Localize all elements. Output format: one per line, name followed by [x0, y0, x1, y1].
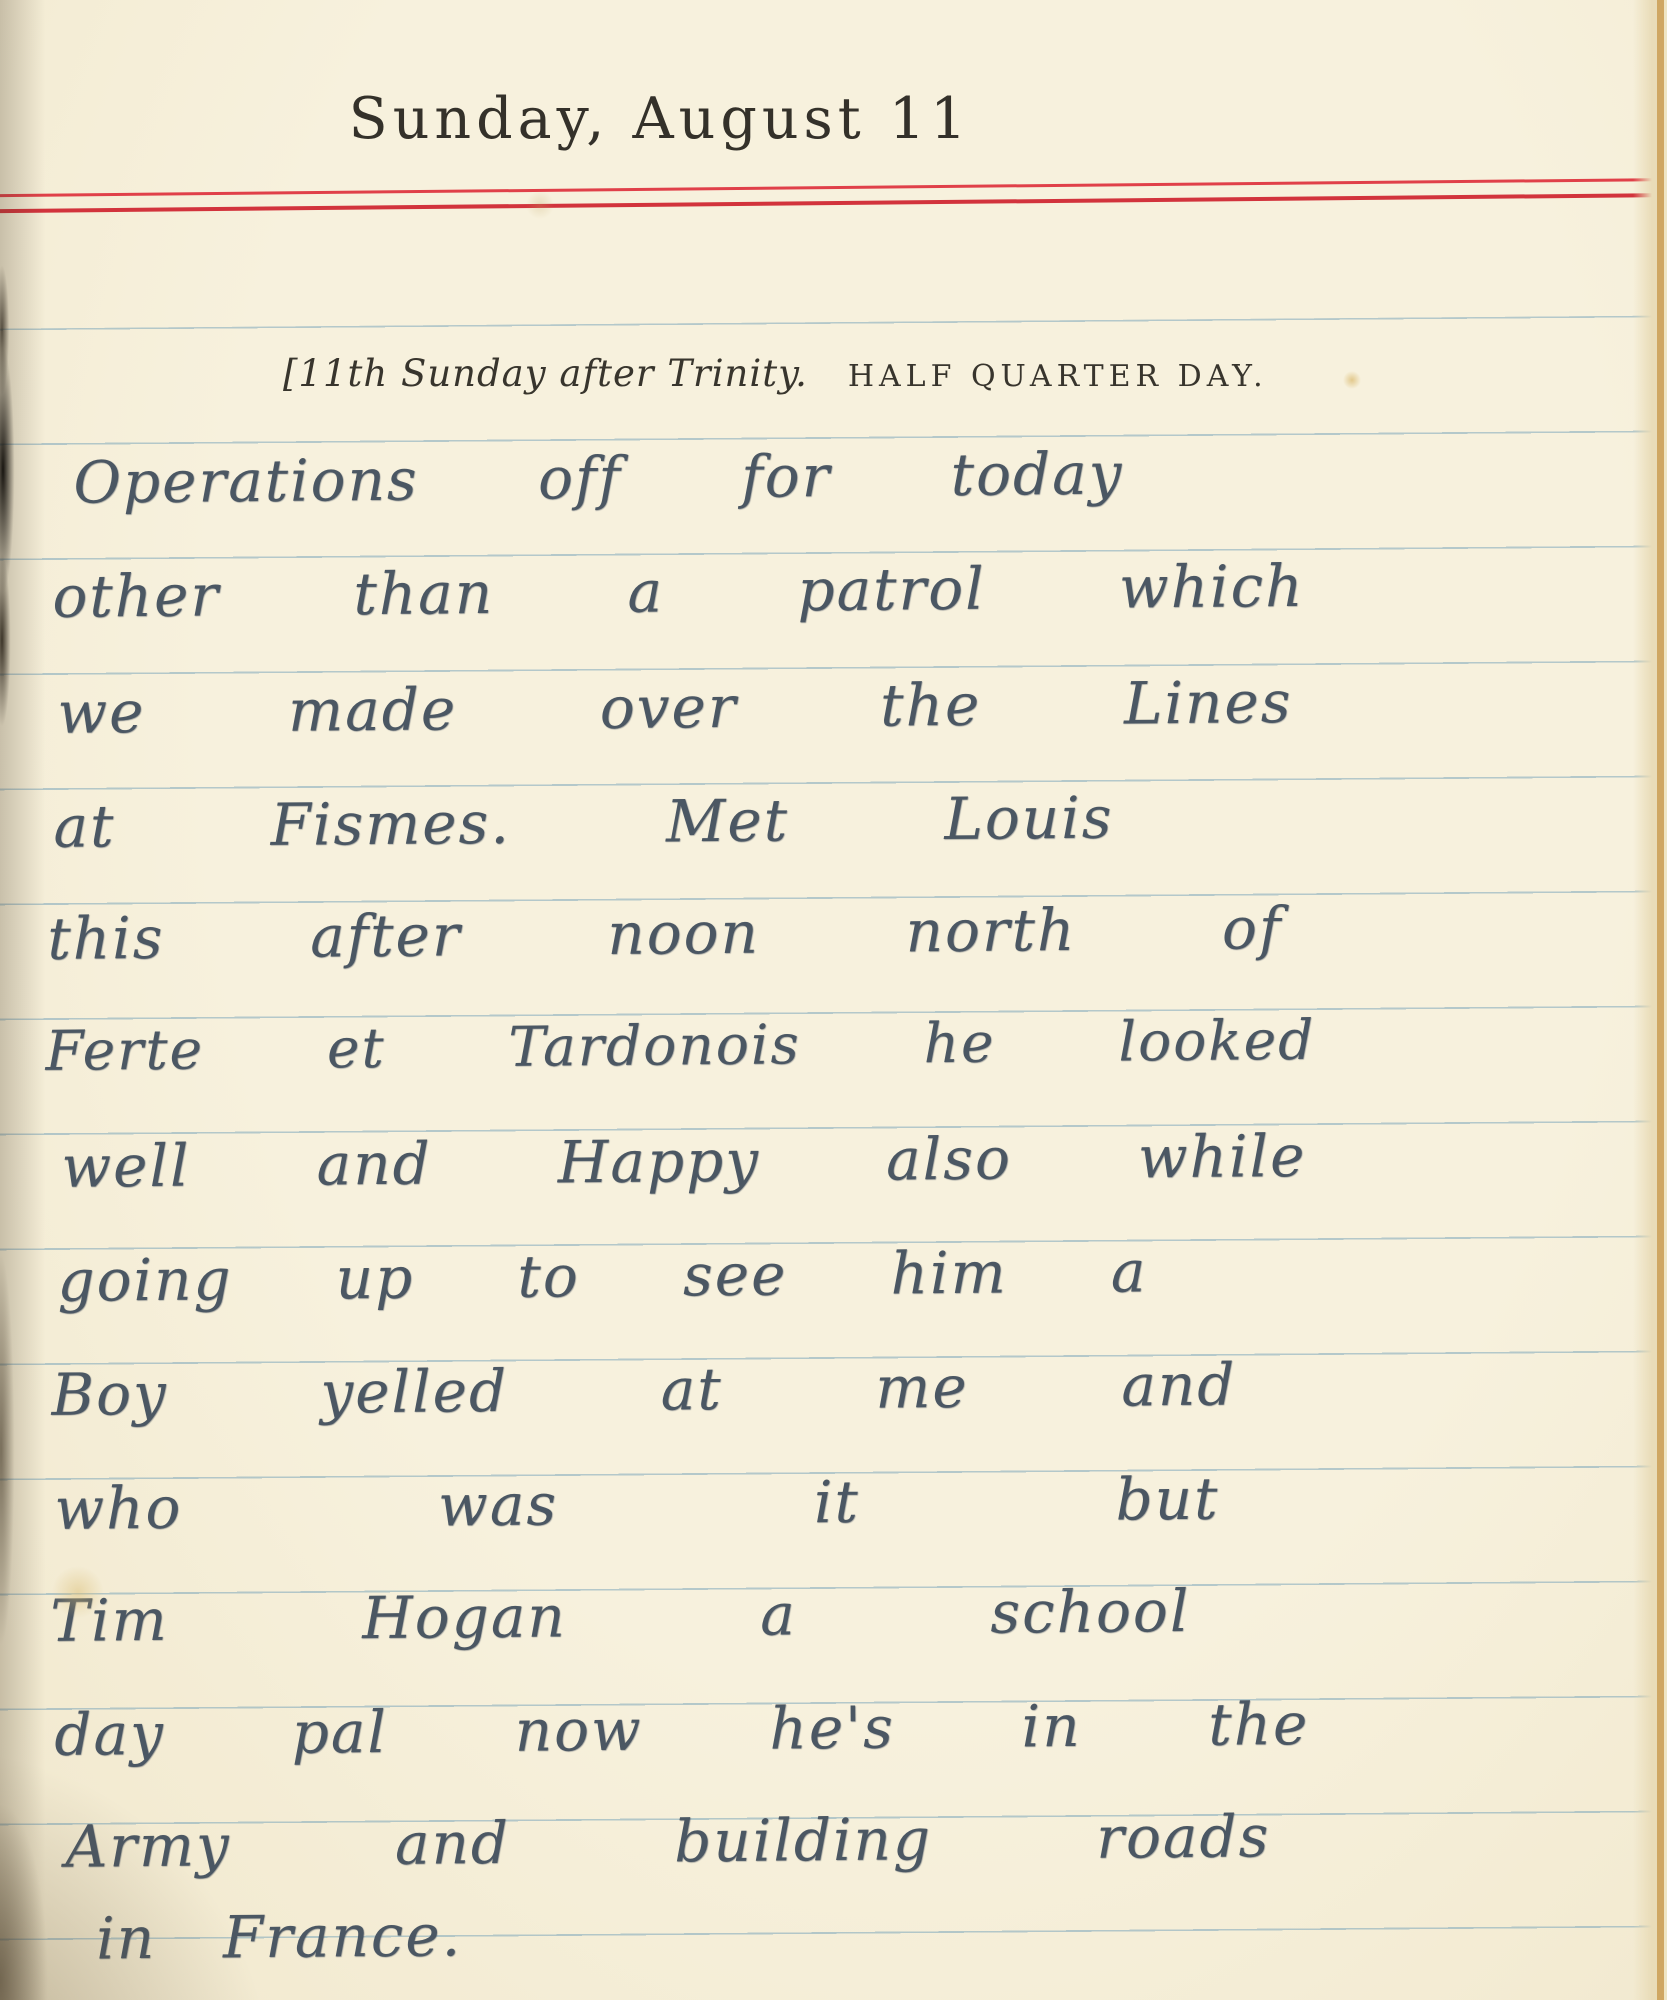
handwriting-line: who was it but: [54, 1465, 1220, 1543]
handwriting-line: Tim Hogan a school: [50, 1577, 1191, 1655]
handwriting-line: Ferte et Tardonois he looked: [45, 1008, 1316, 1083]
handwriting-line: going up to see him a: [57, 1237, 1148, 1315]
handwriting-line: we made over the Lines: [57, 668, 1293, 747]
handwritten-entry: Operations off for today other than a pa…: [0, 0, 1667, 2000]
handwriting-line: Operations off for today: [73, 439, 1124, 516]
handwriting-line: Boy yelled at me and: [51, 1351, 1237, 1429]
handwriting-line: in France.: [96, 1899, 737, 1973]
diary-page-scan: Sunday, August 11 [11th Sunday after Tri…: [0, 0, 1667, 2000]
handwriting-line: other than a patrol which: [52, 552, 1305, 631]
handwriting-line: well and Happy also while: [61, 1122, 1307, 1201]
handwriting-line: day pal now he's in the: [54, 1690, 1310, 1769]
handwriting-line: Army and building roads: [65, 1802, 1271, 1881]
handwriting-line: this after noon north of: [47, 894, 1283, 973]
handwriting-line: at Fismes. Met Louis: [53, 784, 1114, 861]
